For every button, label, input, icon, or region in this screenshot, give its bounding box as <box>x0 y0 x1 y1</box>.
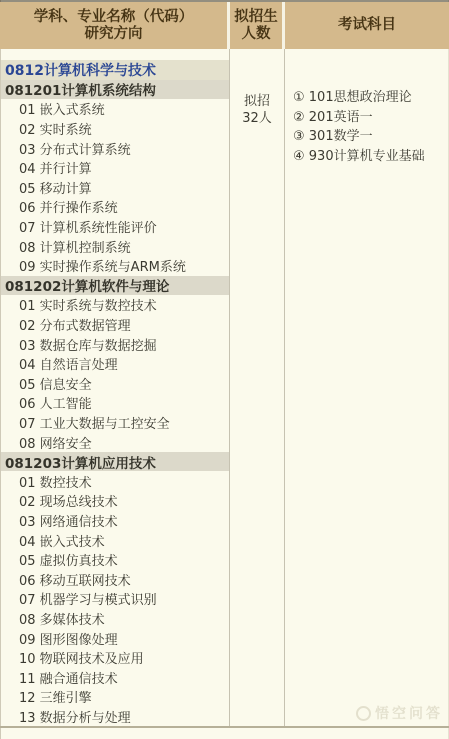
program-row-item: 07 工业大数据与工控安全 <box>1 413 229 433</box>
program-rows-list: 0812计算机科学与技术081201计算机系统结构01 嵌入式系统02 实时系统… <box>1 60 229 726</box>
watermark-text: 悟空问答 <box>375 703 443 723</box>
program-row-item: 03 网络通信技术 <box>1 511 229 531</box>
program-row-item: 02 分布式数据管理 <box>1 315 229 335</box>
program-row-sub: 081203计算机应用技术 <box>1 452 229 472</box>
exam-subjects-cell: ① 101思想政治理论② 201英语一③ 301数学一④ 930计算机专业基础 <box>293 86 445 164</box>
header-col-program: 学科、专业名称（代码） 研究方向 <box>0 2 227 49</box>
header-subjects-label: 考试科目 <box>338 17 396 34</box>
program-row-item: 01 数控技术 <box>1 471 229 491</box>
program-row-item: 02 实时系统 <box>1 119 229 139</box>
program-row-item: 01 嵌入式系统 <box>1 99 229 119</box>
program-row-item: 08 多媒体技术 <box>1 609 229 629</box>
program-row-item: 08 计算机控制系统 <box>1 236 229 256</box>
program-row-item: 10 物联网技术及应用 <box>1 648 229 668</box>
program-row-item: 06 并行操作系统 <box>1 197 229 217</box>
program-row-sub: 081202计算机软件与理论 <box>1 276 229 296</box>
program-row-item: 08 网络安全 <box>1 432 229 452</box>
exam-subject: ① 101思想政治理论 <box>293 86 445 106</box>
program-row-sub: 081201计算机系统结构 <box>1 80 229 100</box>
program-row-item: 07 机器学习与模式识别 <box>1 589 229 609</box>
exam-subject: ② 201英语一 <box>293 106 445 126</box>
program-row-item: 04 自然语言处理 <box>1 354 229 374</box>
header-enrollment-line1: 拟招生 <box>234 9 278 26</box>
program-row-item: 09 图形图像处理 <box>1 628 229 648</box>
program-row-item: 06 人工智能 <box>1 393 229 413</box>
exam-subject: ④ 930计算机专业基础 <box>293 145 445 165</box>
exam-subject: ③ 301数学一 <box>293 125 445 145</box>
enrollment-cell: 拟招 32人 <box>230 94 284 127</box>
header-col-subjects: 考试科目 <box>285 2 449 49</box>
program-row-item: 06 移动互联网技术 <box>1 569 229 589</box>
program-row-major: 0812计算机科学与技术 <box>1 60 229 80</box>
column-divider-1 <box>229 49 230 726</box>
table-bottom-border <box>0 726 449 728</box>
header-program-line2: 研究方向 <box>85 26 143 43</box>
program-row-item: 05 移动计算 <box>1 178 229 198</box>
program-row-item: 03 数据仓库与数据挖掘 <box>1 334 229 354</box>
column-divider-2 <box>284 49 285 726</box>
program-row-item: 02 现场总线技术 <box>1 491 229 511</box>
header-program-line1: 学科、专业名称（代码） <box>34 9 194 26</box>
wukong-logo-icon <box>356 706 371 721</box>
program-row-item: 07 计算机系统性能评价 <box>1 217 229 237</box>
table-header-row: 学科、专业名称（代码） 研究方向 拟招生 人数 考试科目 <box>0 2 449 49</box>
program-row-item: 04 嵌入式技术 <box>1 530 229 550</box>
program-row-item: 05 虚拟仿真技术 <box>1 550 229 570</box>
watermark: 悟空问答 <box>356 703 443 723</box>
program-row-item: 11 融合通信技术 <box>1 667 229 687</box>
program-row-item: 13 数据分析与处理 <box>1 707 229 727</box>
program-row-item: 12 三维引擎 <box>1 687 229 707</box>
program-row-item: 03 分布式计算系统 <box>1 138 229 158</box>
header-enrollment-line2: 人数 <box>242 26 271 43</box>
enrollment-line1: 拟招 <box>230 94 284 111</box>
program-row-item: 09 实时操作系统与ARM系统 <box>1 256 229 276</box>
enrollment-line2: 32人 <box>230 111 284 128</box>
admissions-table-page: 学科、专业名称（代码） 研究方向 拟招生 人数 考试科目 0812计算机科学与技… <box>0 0 449 739</box>
program-row-item: 04 并行计算 <box>1 158 229 178</box>
header-col-enrollment: 拟招生 人数 <box>230 2 282 49</box>
program-row-item: 05 信息安全 <box>1 374 229 394</box>
program-row-item: 01 实时系统与数控技术 <box>1 295 229 315</box>
